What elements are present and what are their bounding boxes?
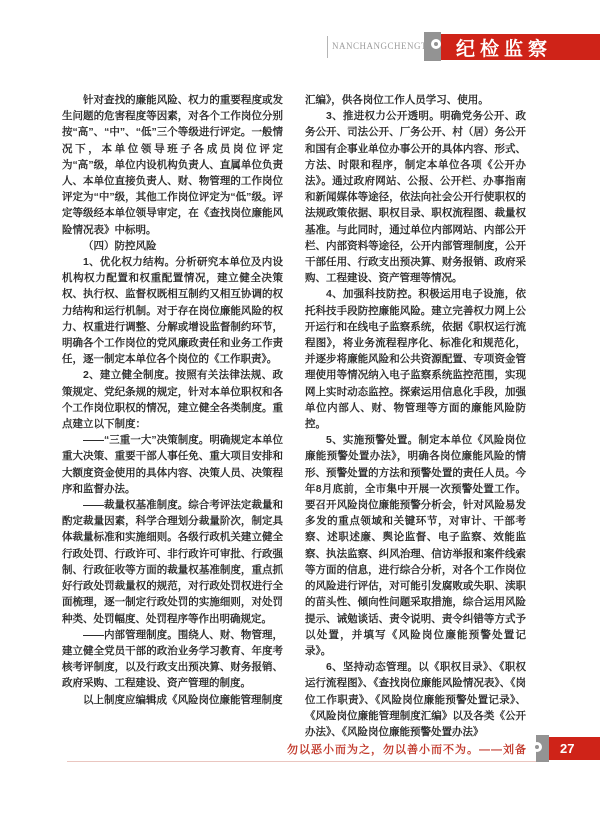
article-column-right: 汇编》，供各岗位工作人员学习、使用。 3、推进权力公开透明。明确党务公开、政务公… [305, 92, 526, 740]
paragraph: 3、推进权力公开透明。明确党务公开、政务公开、司法公开、厂务公开、村（居）务公开… [305, 108, 526, 286]
page-number-badge: 27 [549, 737, 600, 760]
footer-quote: 勿以恶小而为之，勿以善小而不为。——刘备 [150, 741, 527, 757]
paragraph: 4、加强科技防控。积极运用电子设施，依托科技手段防控廉能风险。建立完善权力网上公… [305, 286, 526, 432]
paragraph: ——“三重一大”决策制度。明确规定本单位重大决策、重要干部人事任免、重大项目安排… [62, 432, 283, 497]
paragraph: 以上制度应编辑成《风险岗位廉能管理制度 [62, 692, 283, 708]
magazine-page: NANCHANGCHENGTOU 纪检监察 针对查找的廉能风险、权力的重要程度或… [0, 0, 600, 820]
article-column-left: 针对查找的廉能风险、权力的重要程度或发生问题的危害程度等因素，对各个工作岗位分别… [62, 92, 283, 740]
article-body: 针对查找的廉能风险、权力的重要程度或发生问题的危害程度等因素，对各个工作岗位分别… [62, 92, 526, 740]
paragraph: 汇编》，供各岗位工作人员学习、使用。 [305, 92, 526, 108]
paragraph: 6、坚持动态管理。以《职权目录》、《职权运行流程图》、《查找岗位廉能风险情况表》… [305, 659, 526, 740]
ring-ornament-icon [431, 39, 441, 49]
ring-ornament-icon [532, 742, 542, 752]
paragraph: 5、实施预警处置。制定本单位《风险岗位廉能预警处置办法》，明确各岗位廉能风险的情… [305, 432, 526, 659]
paragraph: 针对查找的廉能风险、权力的重要程度或发生问题的危害程度等因素，对各个工作岗位分别… [62, 92, 283, 238]
section-banner: 纪检监察 [441, 34, 600, 60]
footer-divider [67, 761, 545, 762]
paragraph: ——裁量权基准制度。综合考评法定裁量和酌定裁量因素，科学合理划分裁量阶次，制定具… [62, 497, 283, 627]
masthead-divider [327, 36, 328, 58]
paragraph: （四）防控风险 [62, 238, 283, 254]
paragraph: 2、建立健全制度。按照有关法律法规、政策规定、党纪条规的规定，针对本单位职权和各… [62, 367, 283, 432]
paragraph: ——内部管理制度。围绕人、财、物管理，建立健全党员干部的政治业务学习教育、年度考… [62, 627, 283, 692]
page-number: 27 [560, 741, 574, 756]
section-title: 纪检监察 [441, 34, 552, 61]
paragraph: 1、优化权力结构。分析研究本单位及内设机构权力配置和权重配置情况，建立健全决策权… [62, 254, 283, 367]
